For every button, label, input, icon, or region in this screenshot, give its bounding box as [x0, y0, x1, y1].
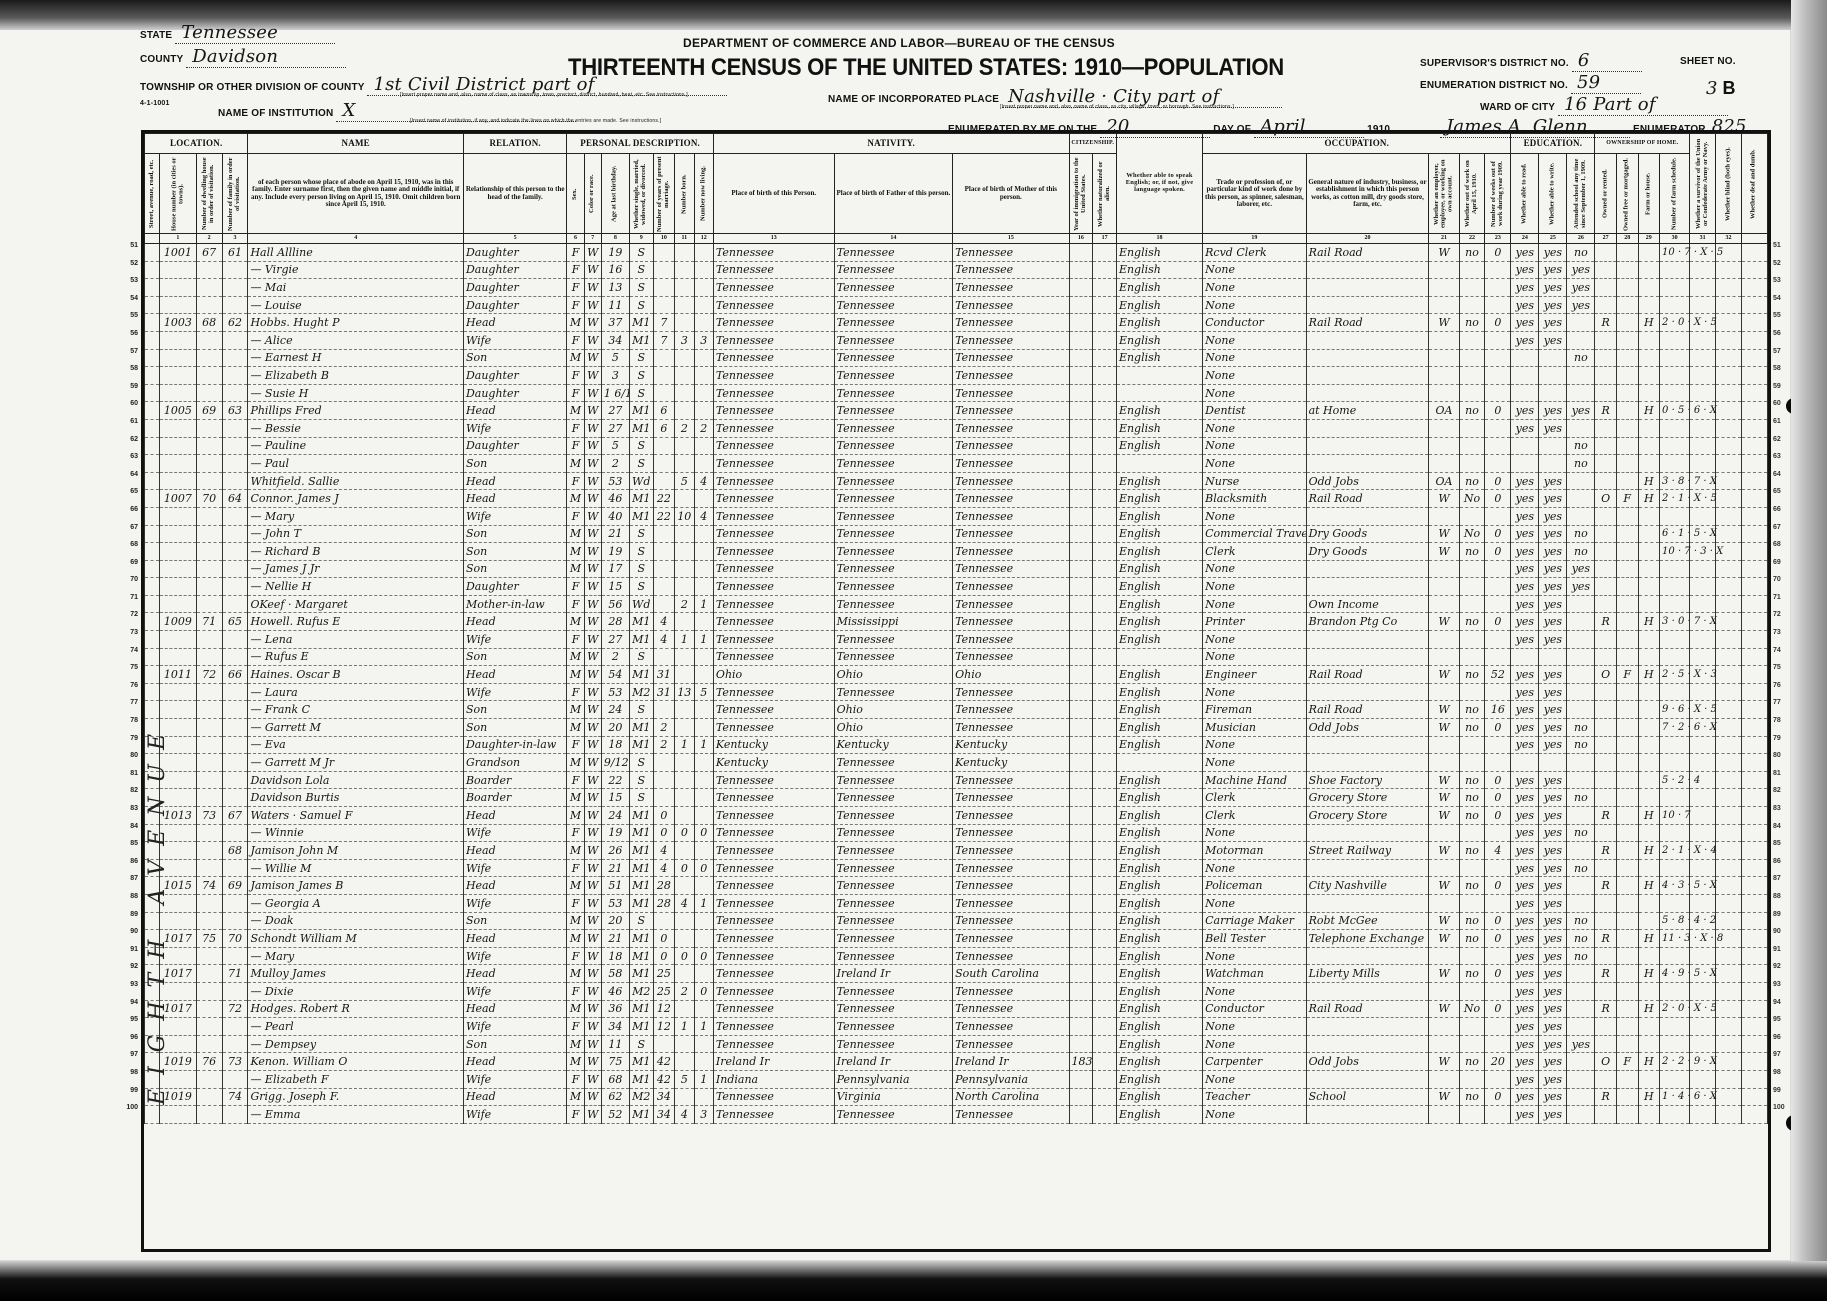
header-street: Street, avenue, road, etc.: [145, 154, 160, 234]
cell-marital: M1: [629, 613, 653, 631]
cell-family: 72: [222, 1000, 248, 1018]
cell-sched: [1660, 1035, 1690, 1053]
cell-family: [222, 982, 248, 1000]
cell-street: [145, 437, 160, 455]
cell-race: W: [584, 437, 601, 455]
cell-family: [222, 525, 248, 543]
cell-bm: Tennessee: [953, 789, 1069, 807]
cell-wr: yes: [1539, 525, 1567, 543]
cell-trade: Blacksmith: [1203, 490, 1306, 508]
cell-own: [1595, 824, 1617, 842]
cell-deaf: [1741, 789, 1767, 807]
line-number: 66: [1773, 501, 1791, 519]
cell-bm: Tennessee: [953, 1106, 1069, 1124]
cell-race: W: [584, 666, 601, 684]
cell-sch: [1567, 419, 1595, 437]
cell-wks: [1485, 279, 1511, 297]
cell-rd: yes: [1511, 296, 1539, 314]
cell-trade: None: [1203, 631, 1306, 649]
cell-marital: S: [629, 525, 653, 543]
cell-own: R: [1595, 1000, 1617, 1018]
cell-race: W: [584, 947, 601, 965]
cell-nat: [1093, 807, 1117, 825]
cell-own: O: [1595, 1053, 1617, 1071]
cell-bp: Tennessee: [713, 437, 834, 455]
cell-oow: [1459, 349, 1485, 367]
cell-wr: yes: [1539, 807, 1567, 825]
line-number: 100: [1773, 1099, 1791, 1117]
cell-sched: [1660, 560, 1690, 578]
cell-deaf: [1741, 736, 1767, 754]
cell-living: [694, 367, 713, 385]
cell-nat: [1093, 842, 1117, 860]
group-occupation: OCCUPATION.: [1203, 134, 1511, 154]
cell-imm: [1069, 1035, 1093, 1053]
cell-born: [675, 648, 694, 666]
cell-blind: [1716, 578, 1742, 596]
cell-rd: yes: [1511, 560, 1539, 578]
cell-yrs: 28: [653, 877, 675, 895]
line-number: 77: [1773, 694, 1791, 712]
line-number: 72: [118, 606, 138, 624]
cell-lang: English: [1116, 719, 1202, 737]
cell-nat: [1093, 631, 1117, 649]
cell-family: 74: [222, 1088, 248, 1106]
cell-lang: English: [1116, 578, 1202, 596]
cell-oow: no: [1459, 930, 1485, 948]
cell-dwelling: [196, 719, 222, 737]
cell-nat: [1093, 666, 1117, 684]
cell-sch: [1567, 631, 1595, 649]
line-number: 67: [118, 519, 138, 537]
cell-imm: [1069, 1088, 1093, 1106]
cell-marital: M1: [629, 507, 653, 525]
cell-oow: no: [1459, 402, 1485, 420]
cell-trade: None: [1203, 419, 1306, 437]
cell-name: — James J Jr: [248, 560, 464, 578]
cell-marital: M1: [629, 947, 653, 965]
cell-imm: [1069, 472, 1093, 490]
cell-relation: Son: [463, 525, 566, 543]
cell-street: [145, 279, 160, 297]
cell-name: Grigg. Joseph F.: [248, 1088, 464, 1106]
cell-lang: English: [1116, 894, 1202, 912]
supervisor-district-value: 6: [1572, 50, 1642, 72]
cell-bm: Tennessee: [953, 525, 1069, 543]
cell-trade: None: [1203, 279, 1306, 297]
cell-sched: [1660, 367, 1690, 385]
cell-industry: Rail Road: [1306, 1000, 1429, 1018]
cell-blind: [1716, 1053, 1742, 1071]
line-number: 81: [118, 765, 138, 783]
cell-wks: 52: [1485, 666, 1511, 684]
cell-bf: Tennessee: [834, 244, 953, 262]
line-number: 98: [1773, 1064, 1791, 1082]
cell-family: [222, 754, 248, 772]
cell-marital: M1: [629, 859, 653, 877]
cell-own: [1595, 384, 1617, 402]
cell-bp: Tennessee: [713, 261, 834, 279]
cell-race: W: [584, 859, 601, 877]
cell-fh: [1638, 771, 1660, 789]
cell-wks: [1485, 1018, 1511, 1036]
cell-dwelling: [196, 1000, 222, 1018]
cell-bp: Tennessee: [713, 894, 834, 912]
cell-house: [160, 419, 197, 437]
header-relation: Relationship of this person to the head …: [463, 154, 566, 234]
cell-nat: [1093, 419, 1117, 437]
cell-house: [160, 437, 197, 455]
cell-industry: Robt McGee: [1306, 912, 1429, 930]
cell-bp: Tennessee: [713, 719, 834, 737]
cell-sch: [1567, 331, 1595, 349]
cell-bf: Tennessee: [834, 771, 953, 789]
cell-sex: F: [567, 736, 584, 754]
cell-wr: yes: [1539, 877, 1567, 895]
cell-vet: [1690, 261, 1716, 279]
cell-relation: Wife: [463, 631, 566, 649]
cell-sched: [1660, 859, 1690, 877]
cell-marital: M1: [629, 1053, 653, 1071]
cell-sch: [1567, 613, 1595, 631]
cell-name: Haines. Oscar B: [248, 666, 464, 684]
cell-blind: [1716, 894, 1742, 912]
cell-marital: M1: [629, 719, 653, 737]
cell-rd: yes: [1511, 666, 1539, 684]
cell-wr: yes: [1539, 1018, 1567, 1036]
cell-nat: [1093, 1000, 1117, 1018]
cell-lang: English: [1116, 965, 1202, 983]
column-number: 11: [675, 234, 694, 244]
cell-sch: [1567, 842, 1595, 860]
cell-imm: [1069, 1000, 1093, 1018]
cell-bp: Tennessee: [713, 1018, 834, 1036]
cell-bm: Tennessee: [953, 455, 1069, 473]
cell-yrs: [653, 279, 675, 297]
cell-age: 27: [601, 419, 629, 437]
cell-bm: Tennessee: [953, 419, 1069, 437]
cell-house: [160, 1106, 197, 1124]
cell-wr: yes: [1539, 261, 1567, 279]
cell-relation: Head: [463, 1088, 566, 1106]
cell-bf: Tennessee: [834, 894, 953, 912]
cell-blind: [1716, 789, 1742, 807]
cell-vet: [1690, 1106, 1716, 1124]
cell-bp: Tennessee: [713, 631, 834, 649]
cell-sched: [1660, 754, 1690, 772]
table-row: — Garrett MSonMW20M12TennesseeOhioTennes…: [145, 719, 1768, 737]
cell-imm: 1833 Na: [1069, 1053, 1093, 1071]
header-veteran: Whether a survivor of the Union or Confe…: [1690, 134, 1716, 234]
cell-sched: 4 · 9 · 5 · X: [1660, 965, 1690, 983]
cell-vet: [1690, 595, 1716, 613]
cell-race: W: [584, 719, 601, 737]
cell-cls: [1429, 648, 1459, 666]
cell-living: 1: [694, 736, 713, 754]
cell-rd: yes: [1511, 578, 1539, 596]
cell-race: W: [584, 701, 601, 719]
cell-family: 64: [222, 490, 248, 508]
cell-deaf: [1741, 560, 1767, 578]
cell-cls: [1429, 367, 1459, 385]
cell-sched: 2 · 5 · X · 3: [1660, 666, 1690, 684]
line-number: 67: [1773, 519, 1791, 537]
cell-yrs: [653, 296, 675, 314]
cell-vet: [1690, 631, 1716, 649]
cell-own: [1595, 859, 1617, 877]
cell-trade: Clerk: [1203, 789, 1306, 807]
cell-relation: Son: [463, 455, 566, 473]
cell-rd: yes: [1511, 824, 1539, 842]
cell-industry: [1306, 947, 1429, 965]
group-personal: PERSONAL DESCRIPTION.: [567, 134, 714, 154]
cell-born: [675, 807, 694, 825]
cell-sched: [1660, 1070, 1690, 1088]
cell-trade: None: [1203, 437, 1306, 455]
cell-bp: Tennessee: [713, 296, 834, 314]
cell-sex: F: [567, 244, 584, 262]
cell-fm: [1616, 543, 1638, 561]
line-number: 84: [1773, 818, 1791, 836]
cell-name: — Lena: [248, 631, 464, 649]
cell-own: [1595, 296, 1617, 314]
cell-relation: Head: [463, 842, 566, 860]
table-row: — BessieWifeFW27M1622TennesseeTennesseeT…: [145, 419, 1768, 437]
cell-relation: Head: [463, 490, 566, 508]
cell-lang: English: [1116, 842, 1202, 860]
cell-cls: [1429, 455, 1459, 473]
cell-wks: [1485, 824, 1511, 842]
cell-fm: [1616, 331, 1638, 349]
cell-dwelling: [196, 1106, 222, 1124]
cell-vet: [1690, 507, 1716, 525]
cell-wr: [1539, 437, 1567, 455]
cell-vet: [1690, 754, 1716, 772]
form-code: 4-1-1001: [140, 100, 170, 107]
cell-bp: Tennessee: [713, 349, 834, 367]
cell-deaf: [1741, 1018, 1767, 1036]
cell-bm: Tennessee: [953, 877, 1069, 895]
group-ownership: OWNERSHIP OF HOME.: [1595, 134, 1690, 154]
cell-imm: [1069, 507, 1093, 525]
cell-race: W: [584, 842, 601, 860]
cell-name: — Mary: [248, 507, 464, 525]
cell-race: W: [584, 1070, 601, 1088]
line-number: 51: [118, 237, 138, 255]
cell-fm: [1616, 894, 1638, 912]
cell-name: — Alice: [248, 331, 464, 349]
cell-own: R: [1595, 314, 1617, 332]
cell-oow: no: [1459, 701, 1485, 719]
cell-sched: 2 · 0 · X · 5: [1660, 1000, 1690, 1018]
cell-sched: 3 · 0 · 7 · X: [1660, 613, 1690, 631]
cell-family: [222, 912, 248, 930]
cell-family: 70: [222, 930, 248, 948]
cell-bp: Tennessee: [713, 279, 834, 297]
cell-industry: [1306, 261, 1429, 279]
line-number: 88: [118, 888, 138, 906]
cell-deaf: [1741, 912, 1767, 930]
cell-yrs: [653, 525, 675, 543]
cell-deaf: [1741, 930, 1767, 948]
cell-own: R: [1595, 877, 1617, 895]
cell-deaf: [1741, 419, 1767, 437]
cell-deaf: [1741, 244, 1767, 262]
cell-street: [145, 666, 160, 684]
cell-born: 10: [675, 507, 694, 525]
cell-dwelling: [196, 754, 222, 772]
cell-wr: [1539, 648, 1567, 666]
cell-dwelling: [196, 859, 222, 877]
cell-sex: M: [567, 719, 584, 737]
cell-sex: F: [567, 419, 584, 437]
cell-oow: no: [1459, 877, 1485, 895]
line-number: 73: [118, 624, 138, 642]
cell-cls: [1429, 595, 1459, 613]
cell-age: 40: [601, 507, 629, 525]
cell-nat: [1093, 296, 1117, 314]
cell-oow: [1459, 648, 1485, 666]
column-number: 6: [567, 234, 584, 244]
cell-relation: Son: [463, 648, 566, 666]
cell-sex: F: [567, 859, 584, 877]
cell-fh: [1638, 296, 1660, 314]
cell-cls: W: [1429, 719, 1459, 737]
cell-trade: None: [1203, 560, 1306, 578]
line-number: 75: [1773, 659, 1791, 677]
line-number: 100: [118, 1099, 138, 1117]
cell-fh: [1638, 349, 1660, 367]
column-number: 25: [1539, 234, 1567, 244]
cell-fh: [1638, 719, 1660, 737]
cell-lang: English: [1116, 543, 1202, 561]
cell-imm: [1069, 490, 1093, 508]
cell-deaf: [1741, 877, 1767, 895]
cell-wr: yes: [1539, 1000, 1567, 1018]
cell-bp: Tennessee: [713, 789, 834, 807]
census-rows: 10016761Hall AlllineDaughterFW19STenness…: [145, 244, 1768, 1124]
cell-bf: Tennessee: [834, 279, 953, 297]
cell-dwelling: [196, 296, 222, 314]
cell-deaf: [1741, 683, 1767, 701]
cell-street: [145, 648, 160, 666]
cell-house: [160, 507, 197, 525]
cell-deaf: [1741, 384, 1767, 402]
cell-yrs: 7: [653, 314, 675, 332]
cell-rd: [1511, 367, 1539, 385]
cell-trade: None: [1203, 578, 1306, 596]
cell-oow: no: [1459, 842, 1485, 860]
cell-relation: Head: [463, 877, 566, 895]
cell-race: W: [584, 1018, 601, 1036]
cell-sch: yes: [1567, 1035, 1595, 1053]
group-education: EDUCATION.: [1511, 134, 1595, 154]
line-number: 82: [118, 782, 138, 800]
table-row: 101974Grigg. Joseph F.HeadMW62M234Tennes…: [145, 1088, 1768, 1106]
cell-family: [222, 349, 248, 367]
census-table: LOCATION. NAME RELATION. PERSONAL DESCRI…: [141, 130, 1771, 1252]
cell-family: [222, 648, 248, 666]
cell-age: 18: [601, 947, 629, 965]
cell-oow: [1459, 631, 1485, 649]
cell-name: Jamison James B: [248, 877, 464, 895]
cell-sch: no: [1567, 244, 1595, 262]
cell-imm: [1069, 666, 1093, 684]
cell-fm: [1616, 419, 1638, 437]
cell-dwelling: [196, 507, 222, 525]
cell-imm: [1069, 402, 1093, 420]
cell-bf: Tennessee: [834, 877, 953, 895]
cell-marital: S: [629, 296, 653, 314]
cell-bm: Kentucky: [953, 736, 1069, 754]
cell-living: 0: [694, 859, 713, 877]
cell-dwelling: [196, 1035, 222, 1053]
cell-rd: yes: [1511, 1106, 1539, 1124]
cell-dwelling: [196, 736, 222, 754]
cell-wks: [1485, 1070, 1511, 1088]
cell-cls: [1429, 859, 1459, 877]
cell-family: 68: [222, 842, 248, 860]
cell-bm: Tennessee: [953, 701, 1069, 719]
cell-family: [222, 437, 248, 455]
cell-family: [222, 824, 248, 842]
cell-wks: [1485, 349, 1511, 367]
cell-fm: [1616, 402, 1638, 420]
cell-oow: no: [1459, 1053, 1485, 1071]
cell-rd: yes: [1511, 807, 1539, 825]
cell-house: [160, 296, 197, 314]
cell-lang: English: [1116, 982, 1202, 1000]
table-row: 10157469Jamison James BHeadMW51M128Tenne…: [145, 877, 1768, 895]
cell-race: W: [584, 1035, 601, 1053]
header-sex: Sex.: [567, 154, 584, 234]
cell-cls: W: [1429, 490, 1459, 508]
cell-bp: Tennessee: [713, 1088, 834, 1106]
cell-sched: 5 · 8 · 4 · 2: [1660, 912, 1690, 930]
cell-cls: [1429, 560, 1459, 578]
cell-cls: [1429, 982, 1459, 1000]
cell-house: [160, 683, 197, 701]
table-row: 101772Hodges. Robert RHeadMW36M112Tennes…: [145, 1000, 1768, 1018]
cell-bp: Tennessee: [713, 455, 834, 473]
cell-nat: [1093, 982, 1117, 1000]
cell-own: [1595, 560, 1617, 578]
header-family: Number of family in order of visitation.: [222, 154, 248, 234]
cell-dwelling: [196, 894, 222, 912]
cell-dwelling: 75: [196, 930, 222, 948]
cell-sch: yes: [1567, 279, 1595, 297]
cell-nat: [1093, 1018, 1117, 1036]
cell-imm: [1069, 947, 1093, 965]
cell-age: 34: [601, 1018, 629, 1036]
cell-own: [1595, 982, 1617, 1000]
cell-bp: Ireland Ir: [713, 1053, 834, 1071]
cell-dwelling: [196, 1070, 222, 1088]
cell-fm: [1616, 912, 1638, 930]
table-row: Whitfield. SallieHeadFW53Wd54TennesseeTe…: [145, 472, 1768, 490]
line-number: 96: [1773, 1029, 1791, 1047]
cell-race: W: [584, 578, 601, 596]
cell-fm: [1616, 613, 1638, 631]
cell-trade: None: [1203, 1018, 1306, 1036]
cell-dwelling: 72: [196, 666, 222, 684]
cell-fm: [1616, 631, 1638, 649]
scan-right-edge: [1791, 0, 1827, 1301]
cell-race: W: [584, 402, 601, 420]
cell-name: — Virgie: [248, 261, 464, 279]
cell-rd: [1511, 648, 1539, 666]
cell-nat: [1093, 719, 1117, 737]
